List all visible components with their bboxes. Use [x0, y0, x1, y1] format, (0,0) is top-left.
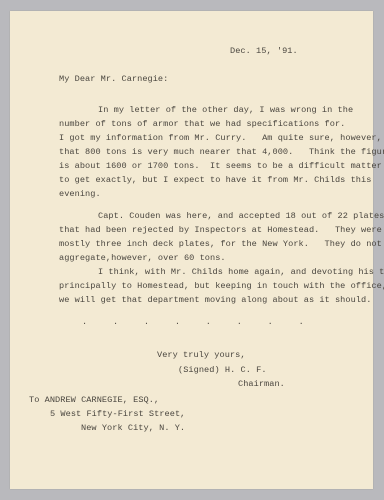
body-line: I think, with Mr. Childs home again, and… — [98, 267, 384, 277]
body-line: Capt. Couden was here, and accepted 18 o… — [98, 211, 384, 221]
letter-date: Dec. 15, '91. — [230, 46, 298, 56]
body-line: aggregate,however, over 60 tons. — [59, 253, 226, 263]
closing: Very truly yours, — [157, 350, 246, 360]
ellipsis-row: . . . . . . . . — [82, 317, 304, 327]
body-line: to get exactly, but I expect to have it … — [59, 175, 371, 185]
body-line: I got my information from Mr. Curry. Am … — [59, 133, 382, 143]
body-line: is about 1600 or 1700 tons. It seems to … — [59, 161, 382, 171]
address-line: To ANDREW CARNEGIE, ESQ., — [29, 395, 159, 405]
body-line: mostly three inch deck plates, for the N… — [59, 239, 382, 249]
body-line: we will get that department moving along… — [59, 295, 371, 305]
body-line: principally to Homestead, but keeping in… — [59, 281, 384, 291]
body-line: In my letter of the other day, I was wro… — [98, 105, 353, 115]
body-line: number of tons of armor that we had spec… — [59, 119, 345, 129]
body-line: evening. — [59, 189, 101, 199]
address-line: 5 West Fifty-First Street, — [50, 409, 185, 419]
address-line: New York City, N. Y. — [81, 423, 185, 433]
body-line: that had been rejected by Inspectors at … — [59, 225, 382, 235]
letter-page: Dec. 15, '91. My Dear Mr. Carnegie: In m… — [10, 11, 373, 489]
signature: (Signed) H. C. F. — [178, 365, 267, 375]
signer-title: Chairman. — [238, 379, 285, 389]
salutation: My Dear Mr. Carnegie: — [59, 74, 168, 84]
body-line: that 800 tons is very much nearer that 4… — [59, 147, 384, 157]
